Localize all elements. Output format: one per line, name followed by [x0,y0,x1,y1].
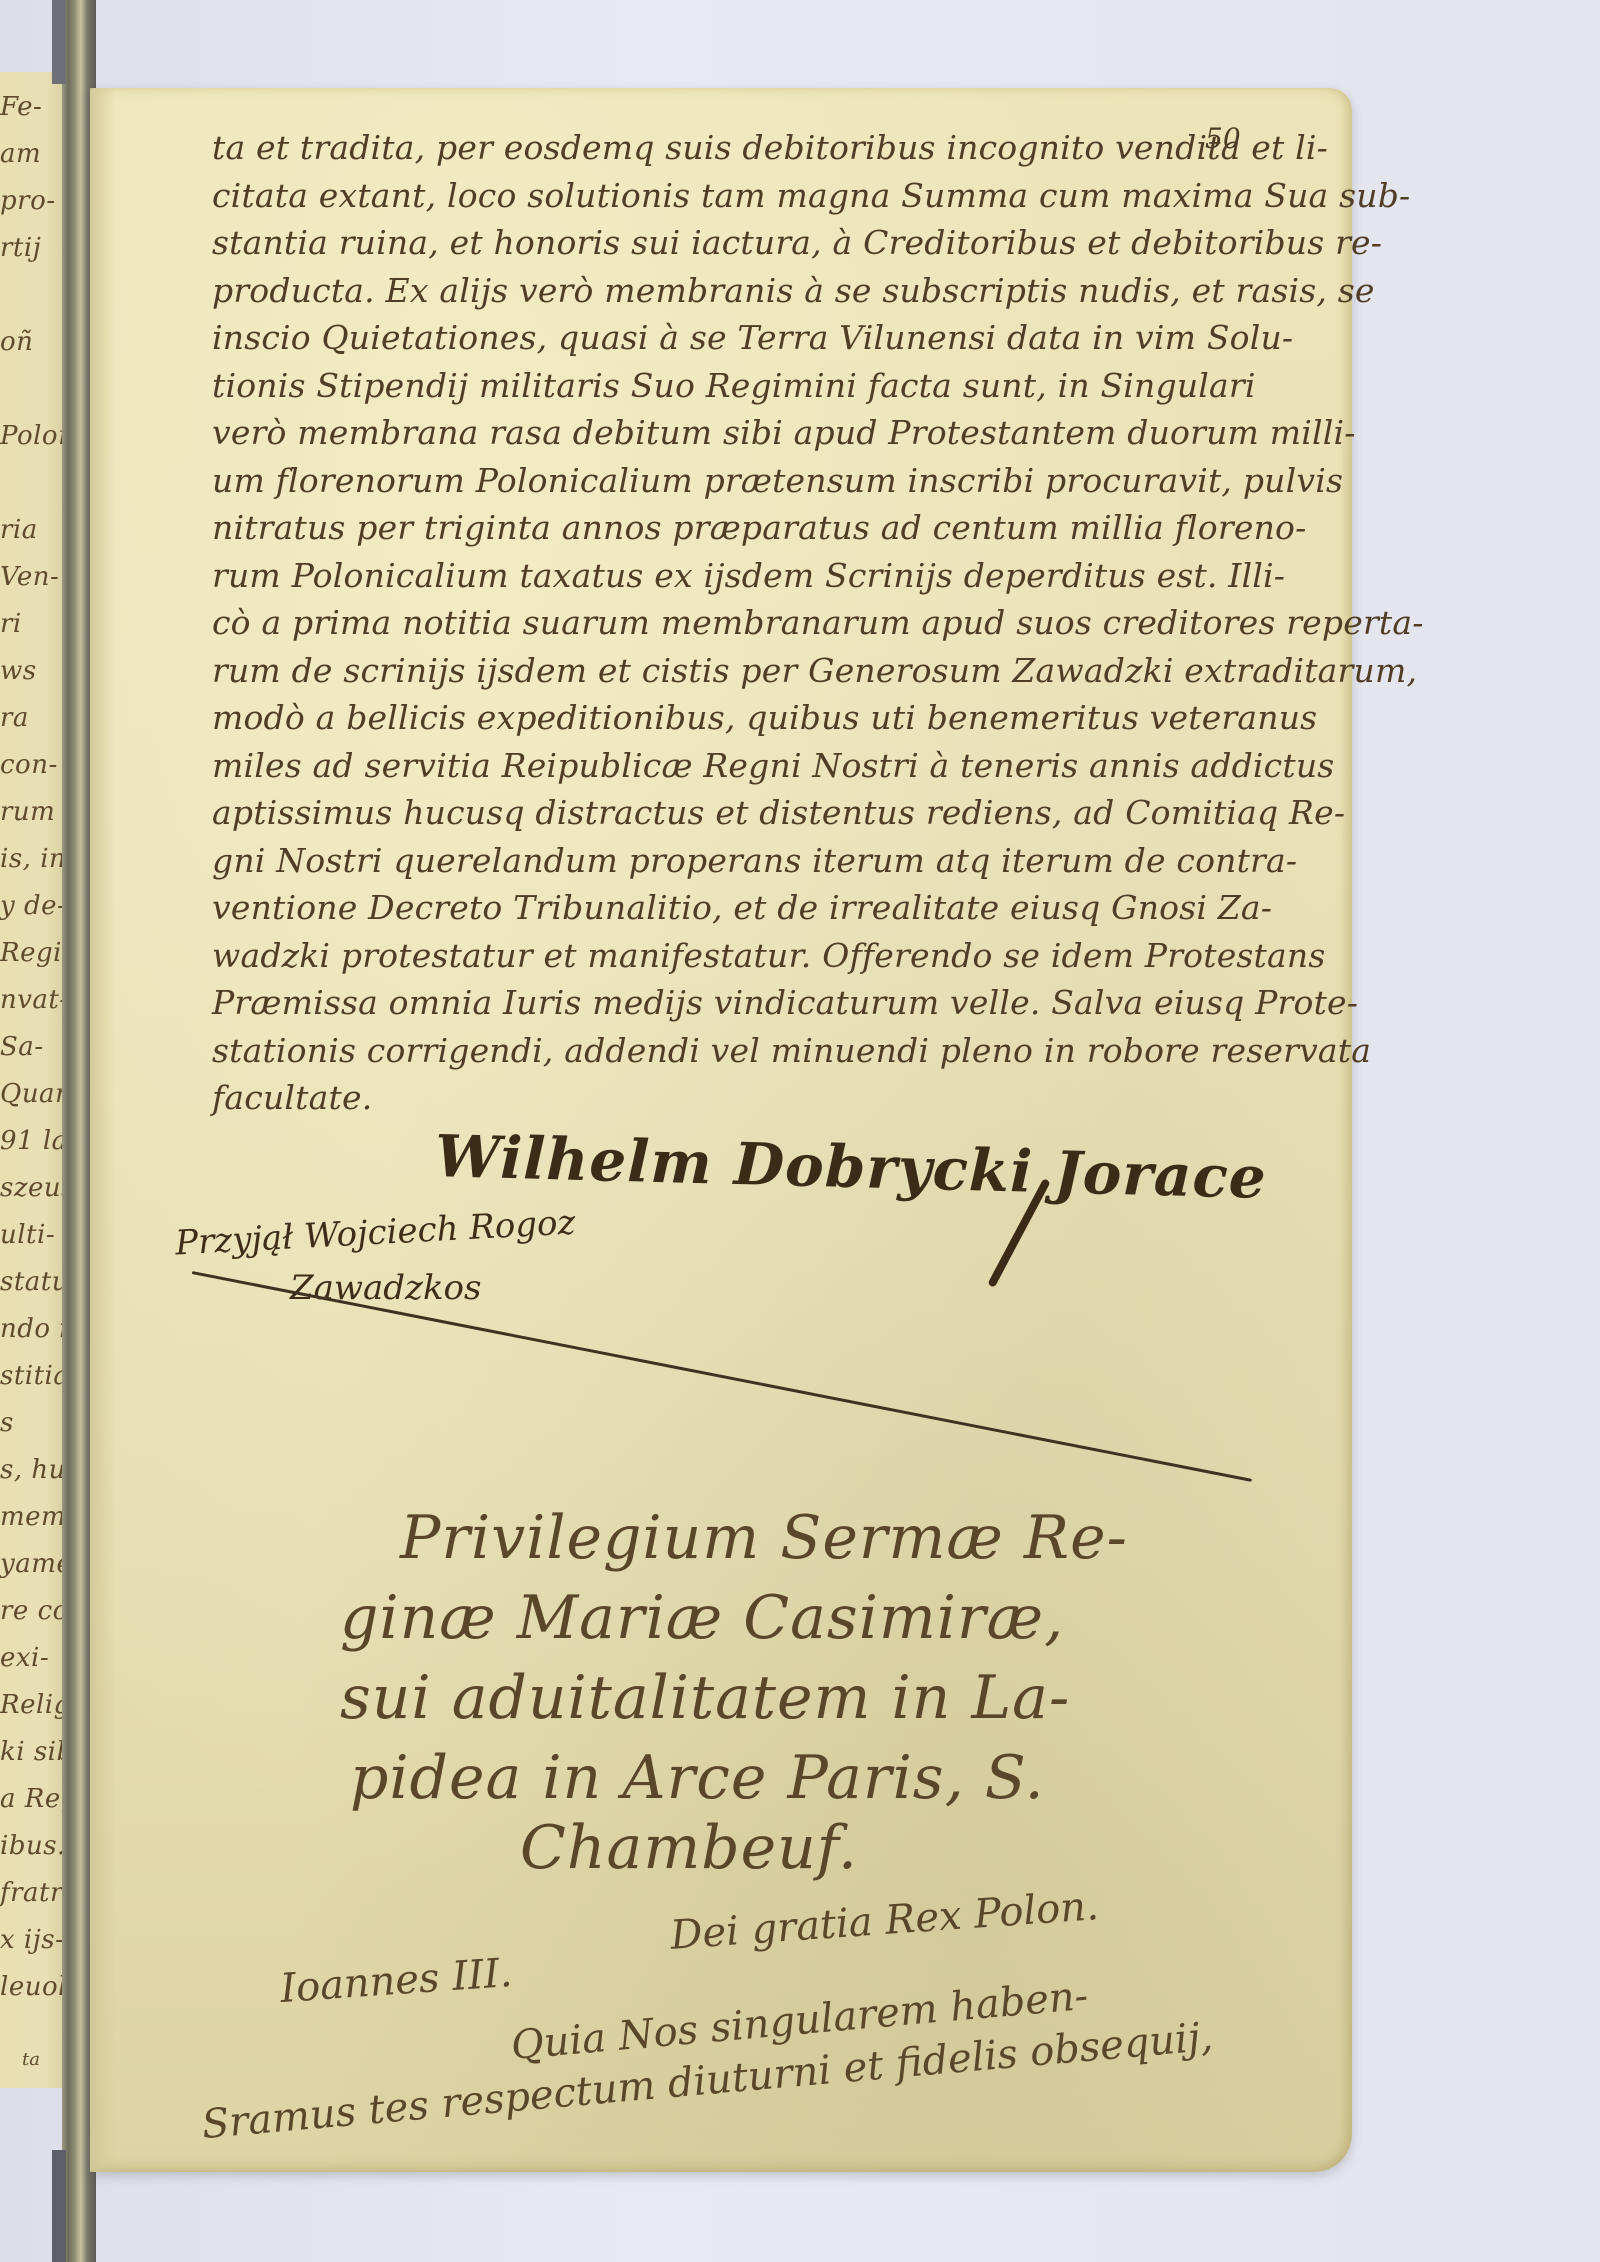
heading-line: ginæ Mariæ Casimiræ, [340,1583,1064,1653]
verso-line-fragment: Sa- [0,1032,44,1062]
manuscript-line: ta et tradita, per eosdemq suis debitori… [212,128,1328,167]
manuscript-line: stantia ruina, et honoris sui iactura, à… [212,223,1382,262]
verso-line-fragment: nvat- [0,985,66,1015]
manuscript-line: aptissimus hucusq distractus et distentu… [212,793,1345,832]
verso-line-fragment: ndo in [0,1314,66,1344]
verso-line-fragment: s [0,1408,14,1438]
recto-page: 50 ta et tradita, per eosdemq suis debit… [90,88,1352,2172]
verso-line-fragment: statue- [0,1267,66,1297]
verso-line-fragment: 91 lato, [0,1126,66,1156]
verso-line-fragment: x ijs- [0,1925,64,1955]
verso-line-fragment: con- [0,750,58,780]
manuscript-line: tionis Stipendij militaris Suo Regimini … [212,366,1256,405]
manuscript-line: modò a bellicis expeditionibus, quibus u… [212,698,1317,737]
verso-line-fragment: is, in [0,844,66,874]
verso-line-fragment: pro- [0,186,56,216]
verso-margin-text: Fe-ampro-rtijoñPolon.riaVen-riwsracon-ru… [0,72,66,2088]
manuscript-line: gni Nostri querelandum properans iterum … [212,841,1297,880]
heading-line: Chambeuf. [520,1813,858,1883]
manuscript-line: Præmissa omnia Iuris medijs vindicaturum… [212,983,1358,1022]
manuscript-line: ventione Decreto Tribunalitio, et de irr… [212,888,1272,927]
manuscript-line: cò a prima notitia suarum membranarum ap… [212,603,1424,642]
binding-shadow-top [52,0,66,84]
verso-line-fragment: oñ [0,327,33,357]
verso-line-fragment: ri [0,609,22,639]
verso-line-fragment: stitia [0,1361,66,1391]
verso-line-fragment: fratris [0,1878,66,1908]
verso-line-fragment: Regi- [0,938,66,968]
verso-line-fragment: szeuska [0,1173,66,1203]
verso-line-fragment: y de- [0,891,66,921]
heading-line: pidea in Arce Paris, S. [350,1743,1045,1813]
section-divider-line [192,1271,1252,1482]
privilege-line: Ioannes III. [279,1950,514,2012]
manuscript-line: inscio Quietationes, quasi à se Terra Vi… [212,318,1293,357]
catchword: ta [22,2049,40,2070]
verso-line-fragment: leuola- [0,1972,66,2002]
verso-line-fragment: ra [0,703,29,733]
manuscript-line: rum Polonicalium taxatus ex ijsdem Scrin… [212,556,1285,595]
heading-line: Privilegium Sermæ Re- [400,1503,1128,1573]
verso-line-fragment: Polon. [0,421,66,451]
verso-line-fragment: s, hu- [0,1455,66,1485]
manuscript-line: verò membrana rasa debitum sibi apud Pro… [212,413,1356,452]
verso-line-fragment: Religio- [0,1690,66,1720]
verso-page-fragment: Fe-ampro-rtijoñPolon.riaVen-riwsracon-ru… [0,72,66,2088]
manuscript-line: um florenorum Polonicalium prætensum ins… [212,461,1343,500]
verso-line-fragment: Fe- [0,92,42,122]
verso-line-fragment: ws [0,656,37,686]
verso-line-fragment: yame- [0,1549,66,1579]
verso-line-fragment: ibus. S [0,1831,66,1861]
manuscript-line: wadzki protestatur et manifestatur. Offe… [212,936,1325,975]
signature-receipt-line-2: Zawadzkos [290,1268,481,1308]
verso-line-fragment: ki sibi [0,1737,66,1767]
verso-line-fragment: ulti- [0,1220,55,1250]
verso-line-fragment: exi- [0,1643,49,1673]
manuscript-line: rum de scrinijs ijsdem et cistis per Gen… [212,651,1417,690]
privilege-line: Dei gratia Rex Polon. [669,1883,1100,1959]
signature-receipt-line-1: Przyjął Wojciech Rogoz [174,1203,576,1264]
verso-line-fragment: re con- [0,1596,66,1626]
binding-shadow-bottom [52,2150,66,2262]
manuscript-line: stationis corrigendi, addendi vel minuen… [212,1031,1371,1070]
manuscript-line: citata extant, loco solutionis tam magna… [212,176,1410,215]
heading-line: sui aduitalitatem in La- [340,1663,1070,1733]
manuscript-line: miles ad servitia Reipublicæ Regni Nostr… [212,746,1334,785]
verso-line-fragment: mem- [0,1502,66,1532]
manuscript-line: producta. Ex alijs verò membranis à se s… [212,271,1375,310]
verso-line-fragment: a Regni [0,1784,66,1814]
verso-line-fragment: rtij [0,233,41,263]
verso-line-fragment: am [0,139,41,169]
verso-line-fragment: Quarta [0,1079,66,1109]
verso-line-fragment: Ven- [0,562,59,592]
signature-main: Wilhelm Dobrycki Jorace [434,1122,1267,1212]
manuscript-line: facultate. [212,1078,372,1117]
manuscript-line: nitratus per triginta annos præparatus a… [212,508,1306,547]
verso-line-fragment: rum [0,797,55,827]
verso-line-fragment: ria [0,515,38,545]
